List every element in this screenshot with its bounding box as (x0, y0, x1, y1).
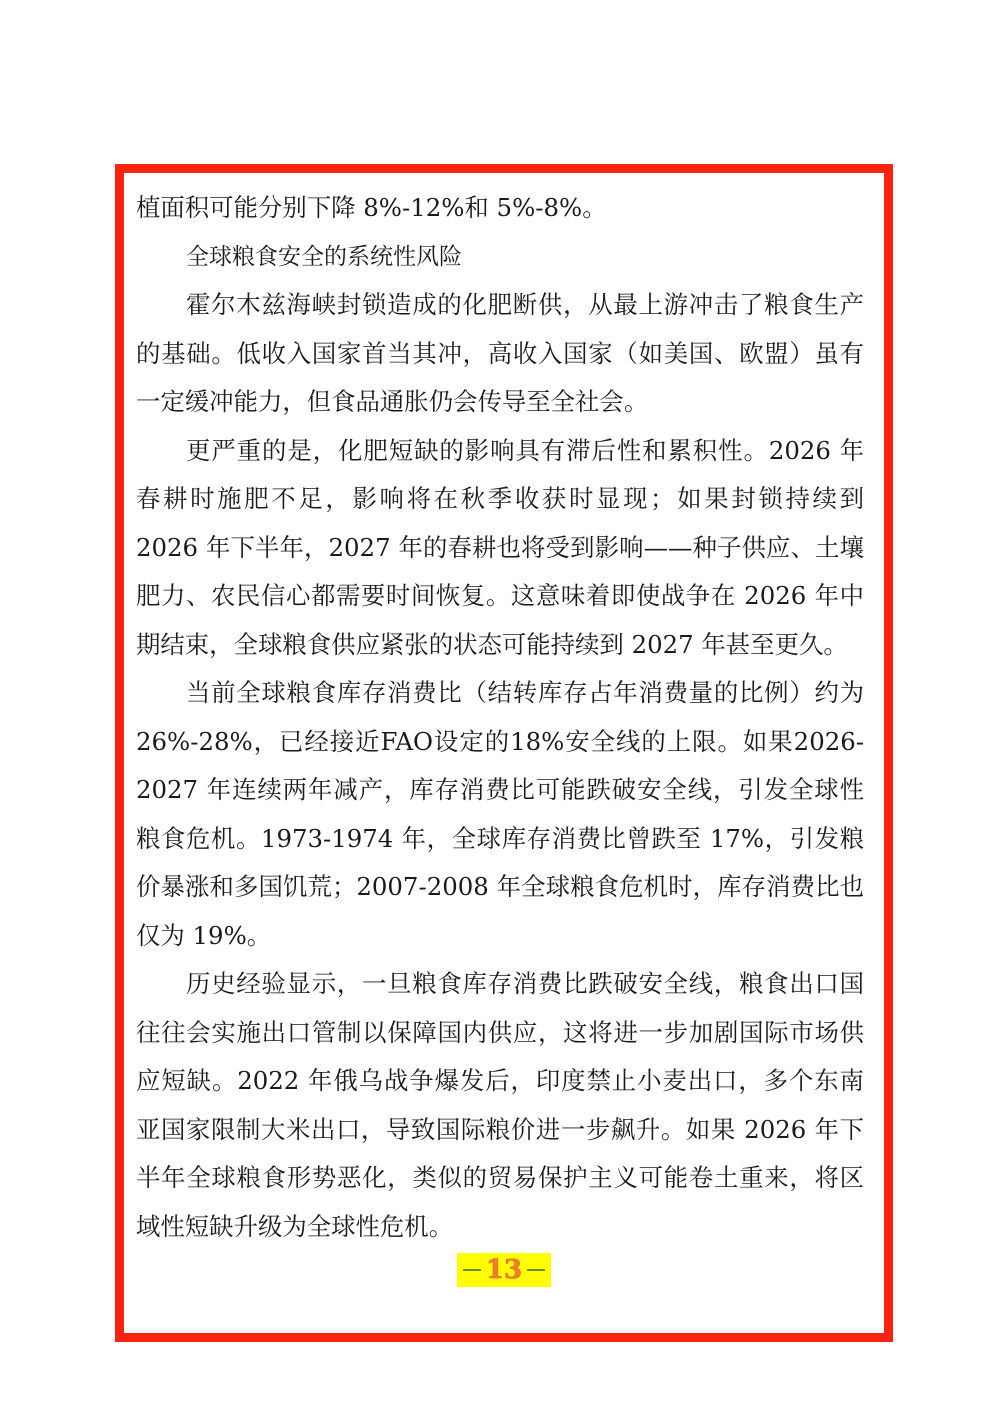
page-number: 13 (486, 1253, 522, 1287)
paragraph: 霍尔木兹海峡封锁造成的化肥断供，从最上游冲击了粮食生产的基础。低收入国家首当其冲… (136, 281, 864, 427)
dash-right (527, 1269, 545, 1271)
document-body: 植面积可能分别下降 8%-12%和 5%-8%。 全球粮食安全的系统性风险 霍尔… (136, 184, 864, 1251)
paragraph-continuation: 植面积可能分别下降 8%-12%和 5%-8%。 (136, 184, 864, 233)
paragraph: 更严重的是，化肥短缺的影响具有滞后性和累积性。2026 年春耕时施肥不足，影响将… (136, 427, 864, 670)
paragraph: 当前全球粮食库存消费比（结转库存占年消费量的比例）约为 26%-28%，已经接近… (136, 669, 864, 960)
paragraph: 历史经验显示，一旦粮食库存消费比跌破安全线，粮食出口国往往会实施出口管制以保障国… (136, 960, 864, 1251)
dash-left (463, 1269, 481, 1271)
page-number-badge: 13 (457, 1253, 551, 1287)
section-heading: 全球粮食安全的系统性风险 (136, 233, 864, 282)
